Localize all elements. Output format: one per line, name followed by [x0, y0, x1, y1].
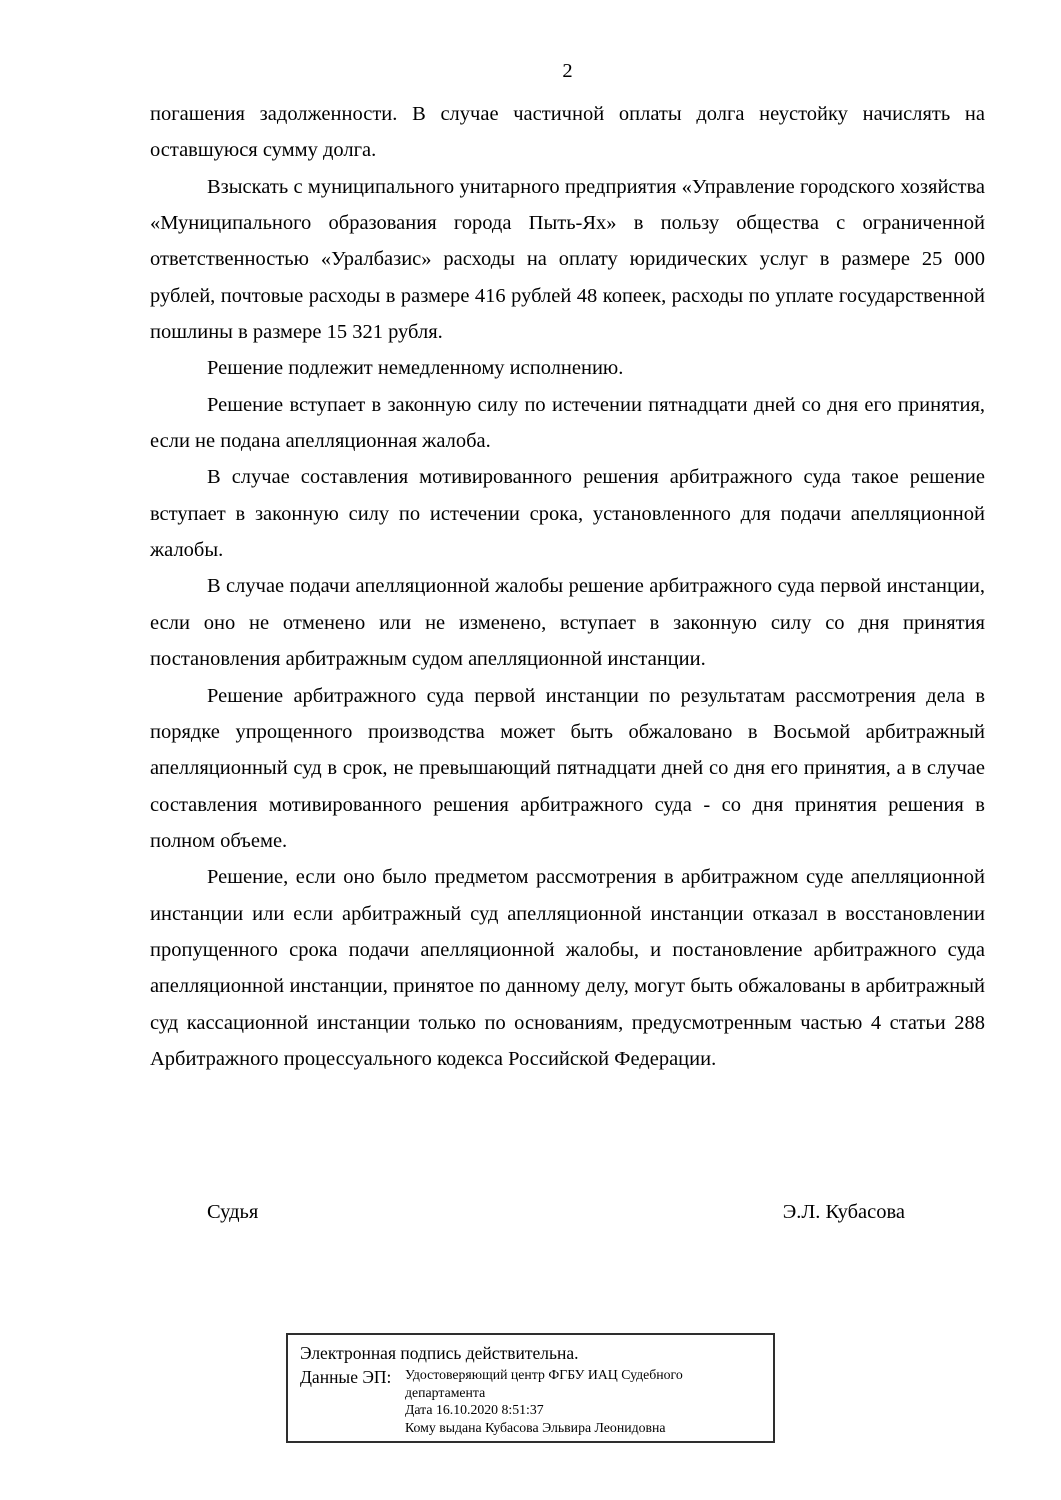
paragraph: Решение арбитражного суда первой инстанц… [150, 678, 985, 860]
judge-role-label: Судья [207, 1194, 258, 1230]
signature-row: Судья Э.Л. Кубасова [150, 1194, 905, 1230]
paragraph: В случае подачи апелляционной жалобы реш… [150, 568, 985, 677]
stamp-data-row: Данные ЭП: Удостоверяющий центр ФГБУ ИАЦ… [300, 1366, 773, 1436]
paragraph: Решение вступает в законную силу по исте… [150, 387, 985, 460]
stamp-detail-certifying-center: Удостоверяющий центр ФГБУ ИАЦ Судебного … [405, 1366, 757, 1401]
stamp-details: Удостоверяющий центр ФГБУ ИАЦ Судебного … [405, 1366, 757, 1436]
paragraph: Решение подлежит немедленному исполнению… [150, 350, 985, 386]
paragraph: погашения задолженности. В случае частич… [150, 96, 985, 169]
document-page: 2 погашения задолженности. В случае част… [0, 0, 1061, 1500]
stamp-validity-line: Электронная подпись действительна. [300, 1341, 773, 1366]
stamp-detail-issued-to: Кому выдана Кубасова Эльвира Леонидовна [405, 1419, 757, 1437]
judge-name: Э.Л. Кубасова [783, 1194, 905, 1230]
stamp-data-label: Данные ЭП: [300, 1366, 405, 1388]
electronic-signature-stamp: Электронная подпись действительна. Данны… [286, 1333, 775, 1443]
stamp-detail-date: Дата 16.10.2020 8:51:37 [405, 1401, 757, 1419]
paragraph: Решение, если оно было предметом рассмот… [150, 859, 985, 1077]
decision-body-text: погашения задолженности. В случае частич… [150, 96, 985, 1077]
page-number: 2 [150, 57, 985, 85]
paragraph: Взыскать с муниципального унитарного пре… [150, 169, 985, 351]
paragraph: В случае составления мотивированного реш… [150, 459, 985, 568]
